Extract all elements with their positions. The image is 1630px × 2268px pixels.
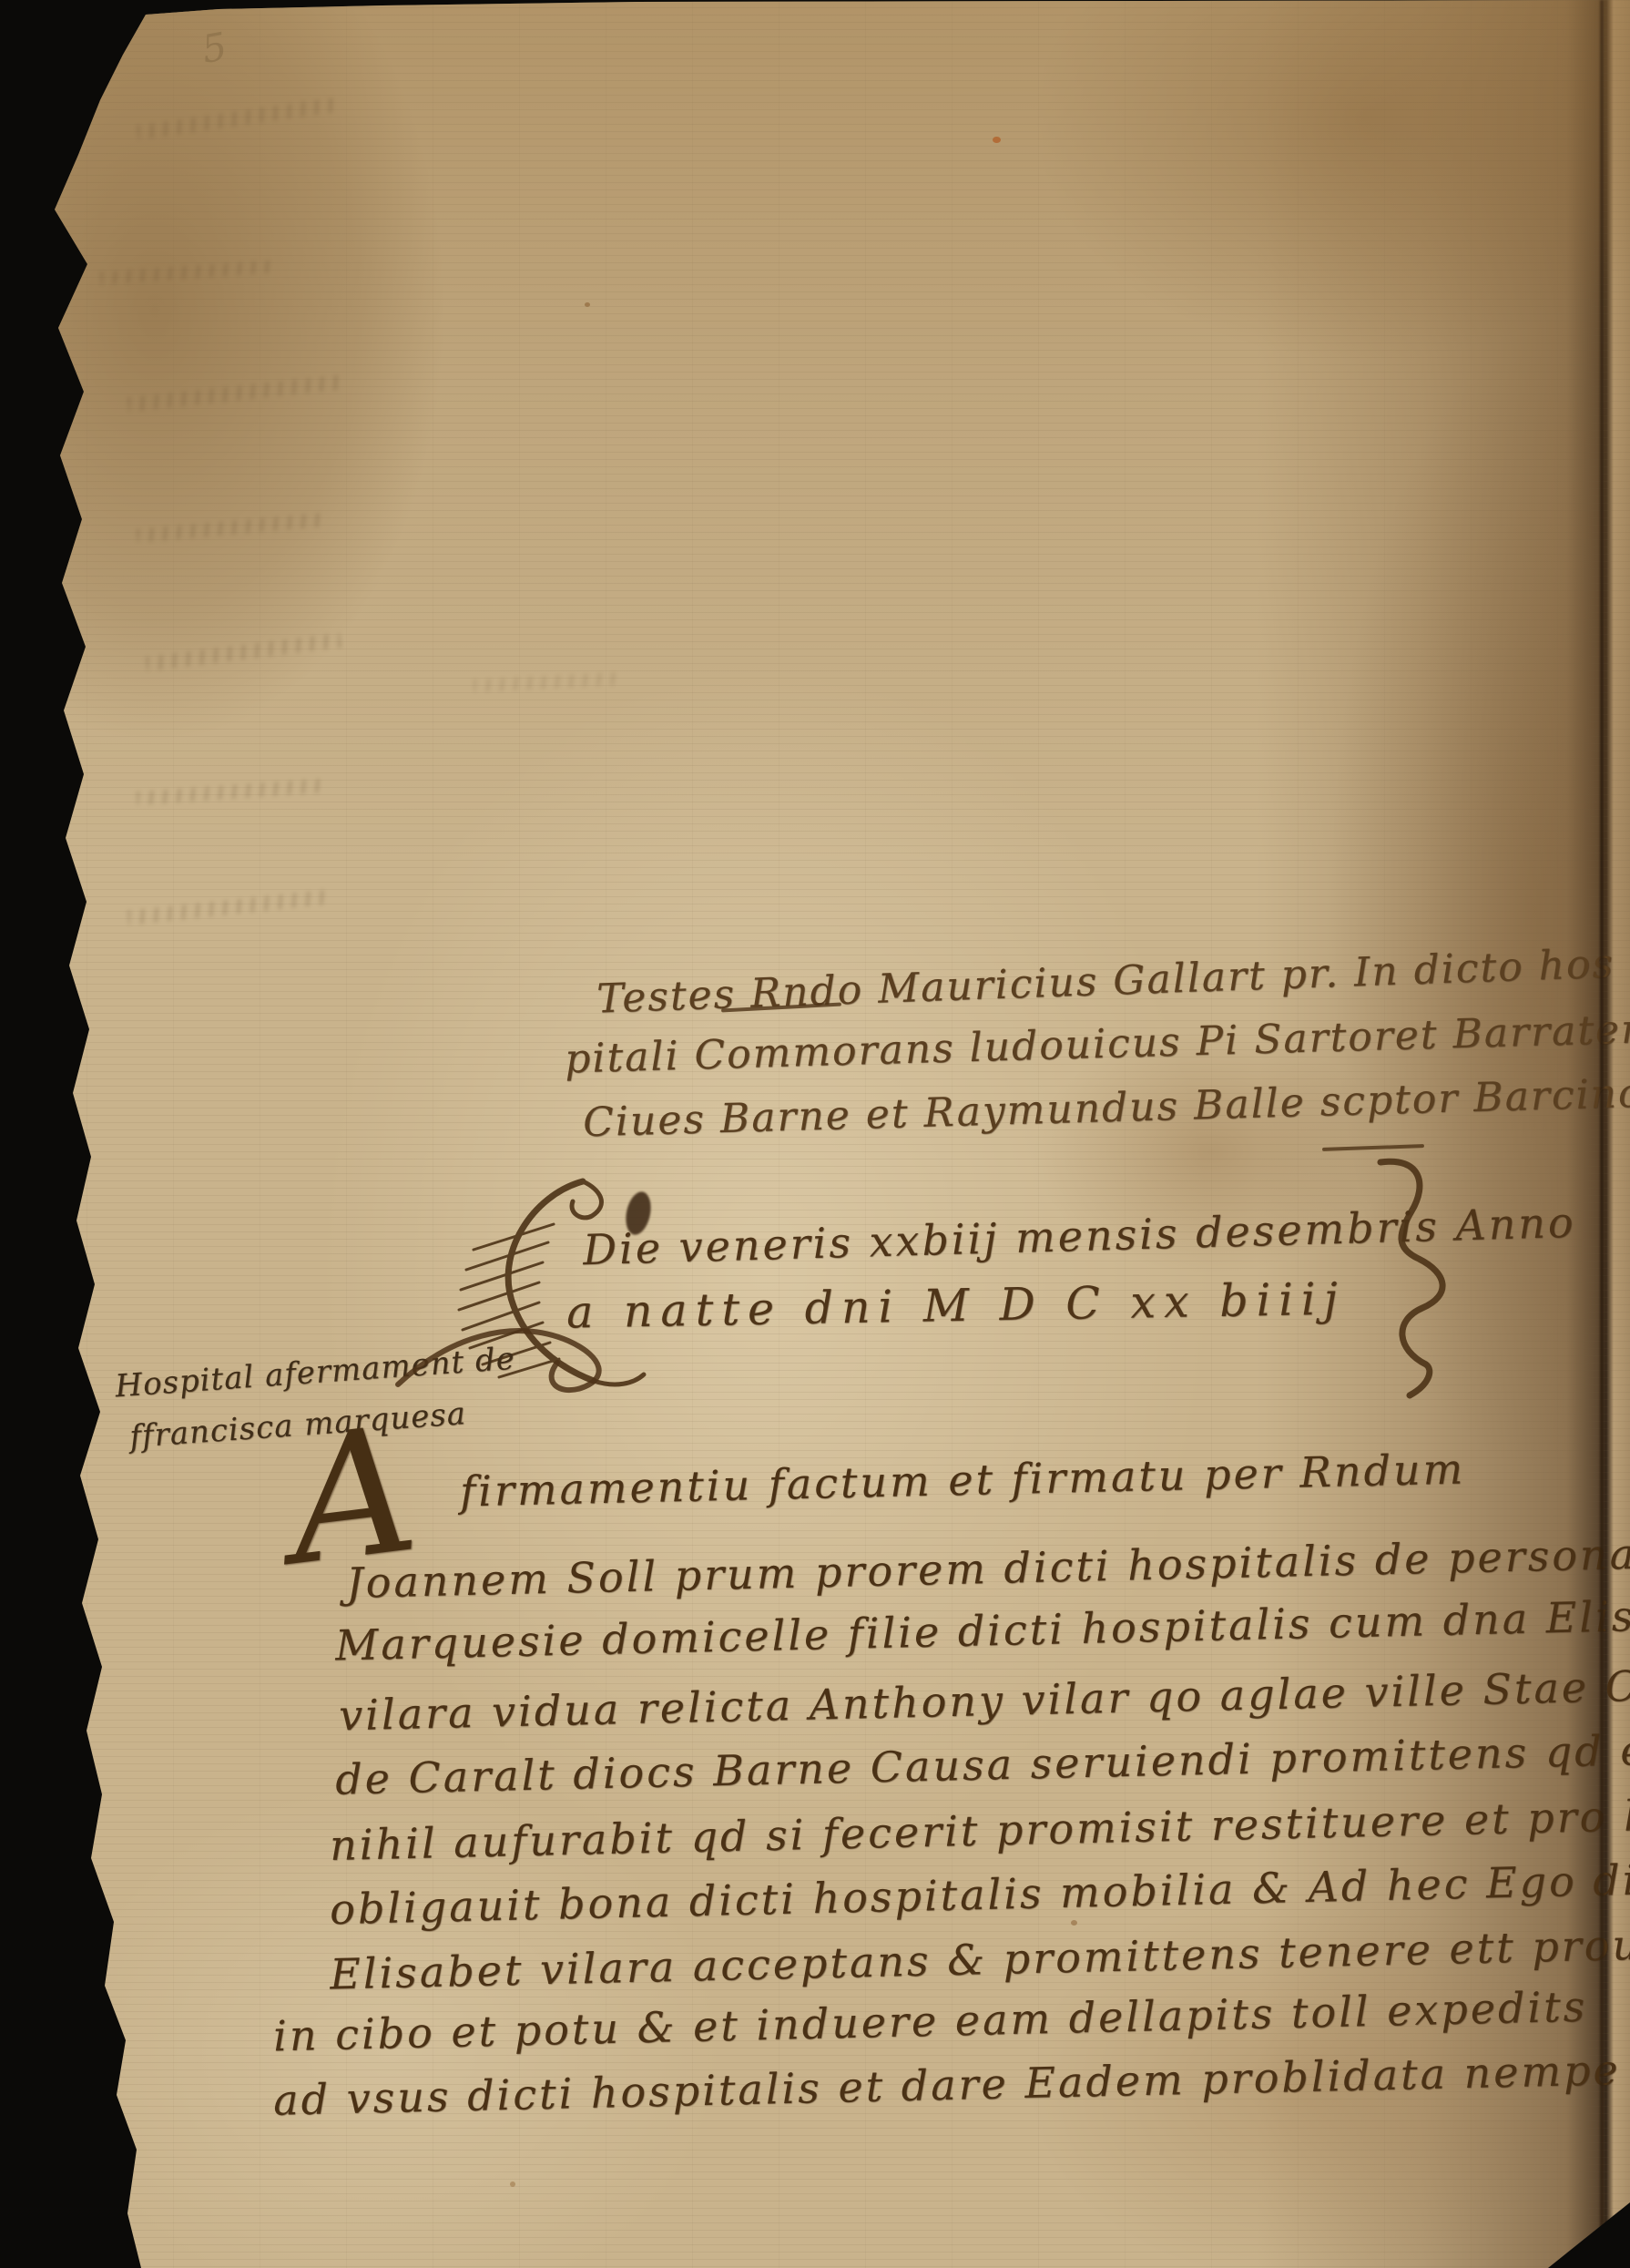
margin-swash-flourish (393, 1301, 621, 1401)
closing-brace-flourish (1346, 1155, 1455, 1401)
ink-speck (993, 137, 1001, 143)
ink-speck (1071, 1920, 1077, 1926)
ink-speck (510, 2181, 515, 2187)
gutter-crease (1600, 0, 1604, 2245)
manuscript-scan: 5 Testes Rndo Mauricius Gallart pr. In d… (0, 0, 1630, 2268)
ink-speck (585, 302, 590, 307)
